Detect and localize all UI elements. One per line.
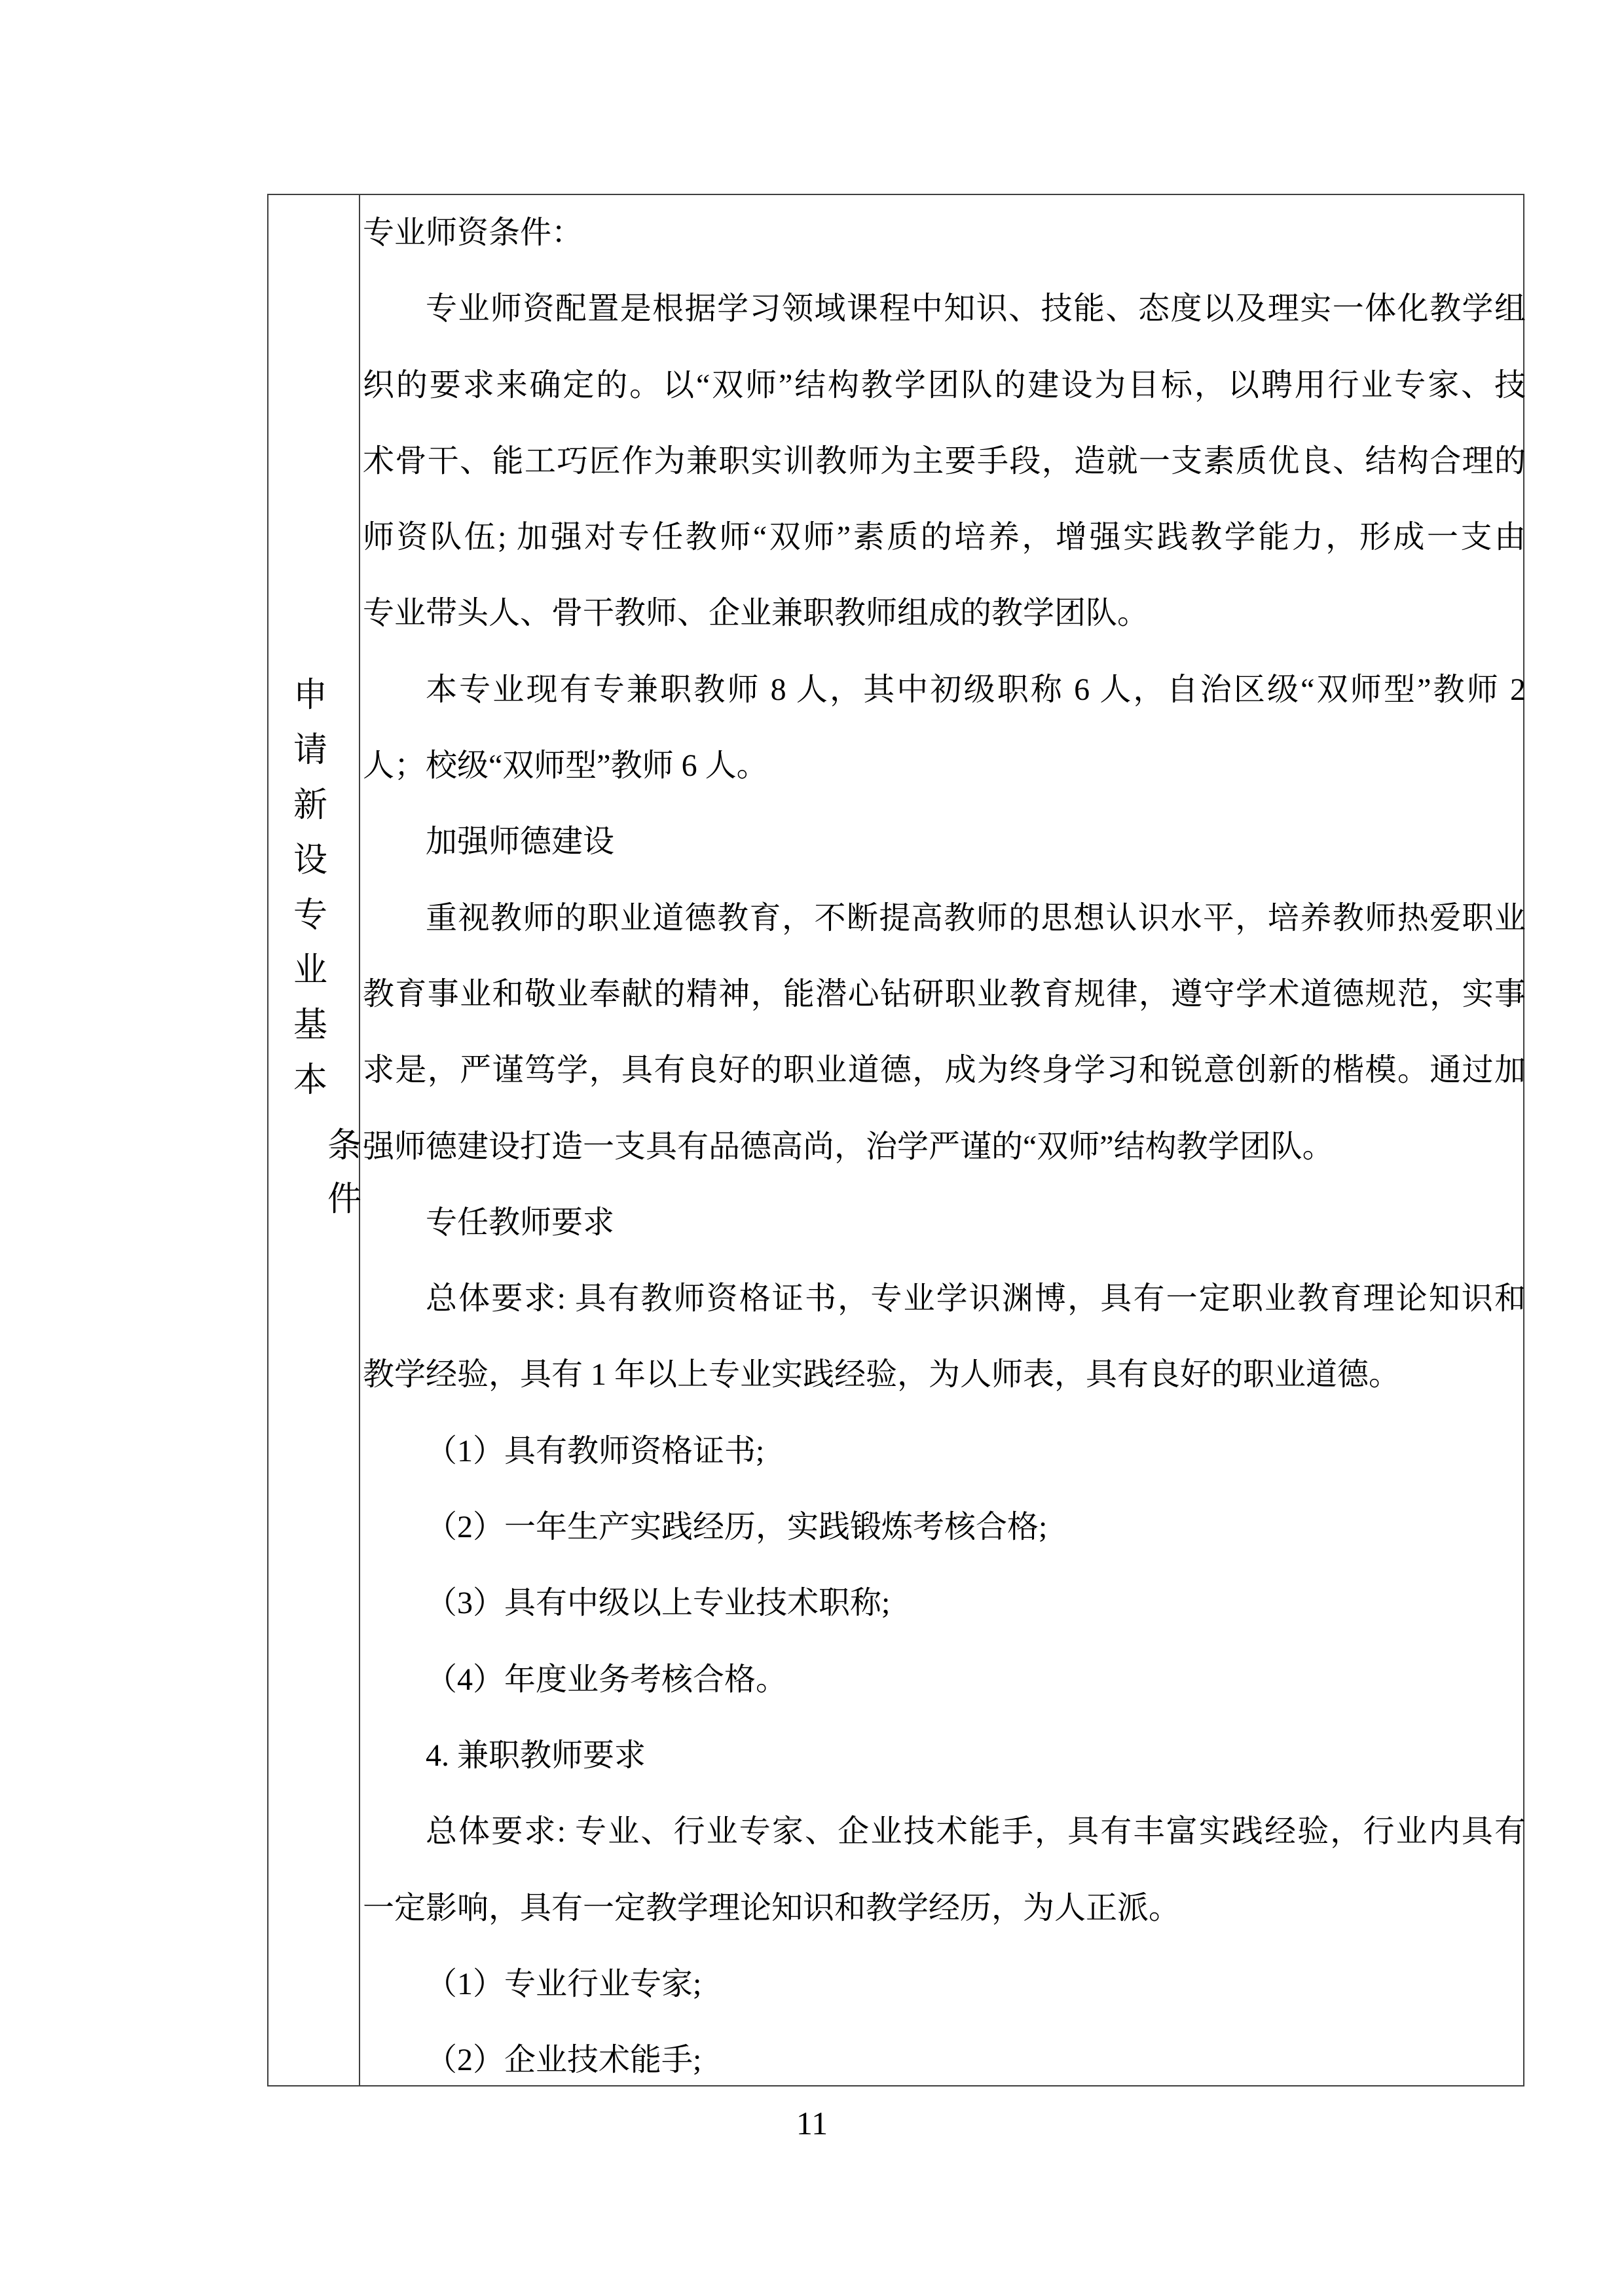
text-line: 本专业现有专兼职教师 8 人，其中初级职称 6 人，自治区级“双师型”教师 2 xyxy=(363,652,1526,728)
text-line: 强师德建设打造一支具有品德高尚，治学严谨的“双师”结构教学团队。 xyxy=(363,1109,1526,1185)
text-line: （2）一年生产实践经历，实践锻炼考核合格; xyxy=(363,1489,1526,1565)
text-line: 人；校级“双师型”教师 6 人。 xyxy=(363,728,1526,804)
text-line: （4）年度业务考核合格。 xyxy=(363,1642,1526,1718)
text-line: 教学经验，具有 1 年以上专业实践经验，为人师表，具有良好的职业道德。 xyxy=(363,1337,1526,1413)
text-line: 一定影响，具有一定教学理论知识和教学经历，为人正派。 xyxy=(363,1870,1526,1946)
row-header-char: 设 xyxy=(292,842,329,897)
text-line: 师资队伍; 加强对专任教师“双师”素质的培养，增强实践教学能力，形成一支由 xyxy=(363,500,1526,575)
row-header-char: 请 xyxy=(292,732,329,787)
row-header-char: 条 xyxy=(326,1127,363,1182)
row-header-char: 业 xyxy=(292,952,329,1007)
text-line: 总体要求: 专业、行业专家、企业技术能手，具有丰富实践经验，行业内具有 xyxy=(363,1794,1526,1870)
text-line: 重视教师的职业道德教育，不断提高教师的思想认识水平，培养教师热爱职业 xyxy=(363,881,1526,957)
page-number: 11 xyxy=(0,2104,1624,2142)
row-header-char: 基 xyxy=(292,1007,329,1062)
text-line: 专业师资条件： xyxy=(363,195,1526,271)
text-line: 加强师德建设 xyxy=(363,804,1526,880)
text-line: 专任教师要求 xyxy=(363,1185,1526,1261)
text-line: 教育事业和敬业奉献的精神，能潜心钻研职业教育规律，遵守学术道德规范，实事 xyxy=(363,957,1526,1032)
text-line: （3）具有中级以上专业技术职称; xyxy=(363,1565,1526,1641)
text-line: 求是，严谨笃学，具有良好的职业道德，成为终身学习和锐意创新的楷模。通过加 xyxy=(363,1032,1526,1108)
row-header-char: 申 xyxy=(292,677,329,732)
row-header-char: 新 xyxy=(292,787,329,842)
text-line: （1）专业行业专家; xyxy=(363,1946,1526,2022)
text-line: 专业带头人、骨干教师、企业兼职教师组成的教学团队。 xyxy=(363,575,1526,651)
row-header-char: 件 xyxy=(326,1181,363,1236)
text-line: 4. 兼职教师要求 xyxy=(363,1718,1526,1794)
text-line: 总体要求: 具有教师资格证书，专业学识渊博，具有一定职业教育理论知识和 xyxy=(363,1261,1526,1337)
application-conditions-table: 申请新设专业基本条件 专业师资条件：专业师资配置是根据学习领域课程中知识、技能、… xyxy=(267,194,1524,2086)
text-line: 专业师资配置是根据学习领域课程中知识、技能、态度以及理实一体化教学组 xyxy=(363,271,1526,347)
text-line: （2）企业技术能手; xyxy=(363,2022,1526,2098)
text-line: 术骨干、能工巧匠作为兼职实训教师为主要手段，造就一支素质优良、结构合理的 xyxy=(363,424,1526,500)
text-line: 织的要求来确定的。以“双师”结构教学团队的建设为目标，以聘用行业专家、技 xyxy=(363,348,1526,424)
row-header-char: 专 xyxy=(292,897,329,952)
text-line: （1）具有教师资格证书; xyxy=(363,1413,1526,1489)
row-header-char: 本 xyxy=(292,1062,329,1117)
cell-content: 专业师资条件：专业师资配置是根据学习领域课程中知识、技能、态度以及理实一体化教学… xyxy=(363,195,1526,2098)
